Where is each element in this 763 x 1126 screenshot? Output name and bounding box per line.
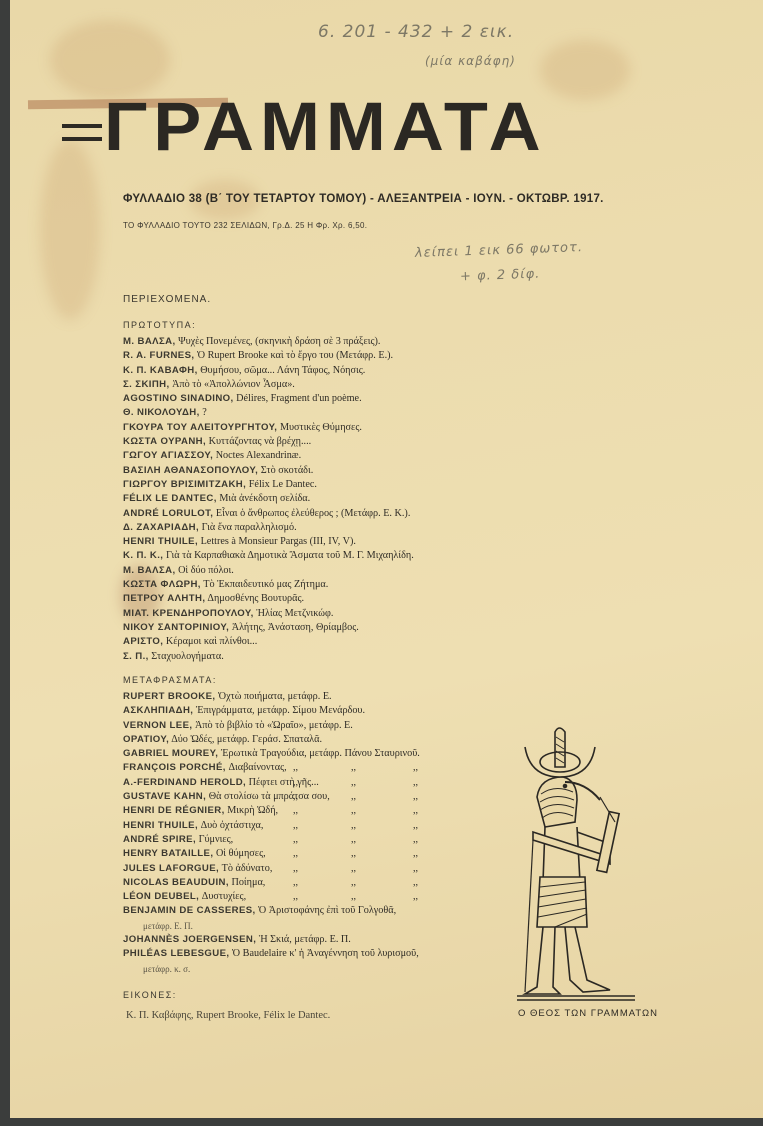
- entry-title: Ἀλήτης, Ἀνάσταση, Θρίαμβος.: [229, 622, 359, 633]
- contents-entry: HENRI THUILE, Lettres à Monsieur Pargas …: [123, 535, 414, 549]
- contents-entry: FRANÇOIS PORCHÉ, Διαβαίνοντας,,,,,,,: [123, 761, 420, 775]
- contents-entry: ΒΑΣΙΛΗ ΑΘΑΝΑΣΟΠΟΥΛΟΥ, Στὸ σκοτάδι.: [123, 464, 414, 478]
- entry-title: Ἠλίας Μετζνικώφ.: [254, 608, 334, 619]
- handwritten-note-right-1: λείπει 1 εικ 66 φωτοτ.: [415, 240, 583, 261]
- illustrations-text: Κ. Π. Καβάφης, Rupert Brooke, Félix le D…: [126, 1010, 330, 1021]
- entry-title: Δημοσθένης Βουτυρᾶς.: [205, 593, 304, 604]
- entry-title: Γιὰ τὰ Καρπαθιακὰ Δημοτικὰ Ἄσματα τοῦ Μ.…: [163, 550, 413, 561]
- contents-entry: A.-FERDINAND HEROLD, Πέφτει στὴ γῆς...,,…: [123, 776, 420, 790]
- contents-entry: AGOSTINO SINADINO, Délires, Fragment d'u…: [123, 392, 414, 406]
- contents-entry: Δ. ΖΑΧΑΡΙΑΔΗ, Γιὰ ἕνα παραλληλισμό.: [123, 521, 414, 535]
- entry-author: ΝΙΚΟΥ ΣΑΝΤΟΡΙΝΙΟΥ,: [123, 622, 229, 633]
- handwritten-note-right-2: + φ. 2 δίφ.: [460, 267, 541, 285]
- contents-entry: ΚΩΣΤΑ ΦΛΩΡΗ, Τὸ Ἐκπαιδευτικό μας Ζήτημα.: [123, 578, 414, 592]
- entry-author: HENRI DE RÉGNIER,: [123, 805, 225, 816]
- translations-heading: ΜΕΤΑΦΡΑΣΜΑΤΑ:: [123, 675, 217, 685]
- contents-entry: ΑΣΚΛΗΠΙΑΔΗ, Ἐπιγράμματα, μετάφρ. Σίμου Μ…: [123, 704, 420, 718]
- contents-entry: PHILÉAS LEBESGUE, Ὁ Baudelaire κ' ἡ Ἀναγ…: [123, 947, 420, 961]
- paper-stain: [40, 140, 100, 320]
- contents-entry: Κ. Π. Κ., Γιὰ τὰ Καρπαθιακὰ Δημοτικὰ Ἄσμ…: [123, 549, 414, 563]
- contents-entry: JULES LAFORGUE, Τὸ ἀδύνατο,,,,,,,: [123, 862, 420, 876]
- contents-entry: NICOLAS BEAUDUIN, Ποίημα,,,,,,,: [123, 876, 420, 890]
- entry-author: R. A. FURNES,: [123, 350, 194, 361]
- entry-author: Σ. ΣΚΙΠΗ,: [123, 379, 170, 390]
- entry-title: ?: [200, 407, 207, 418]
- entry-title: Τὸ ἀδύνατο,: [219, 863, 272, 874]
- entry-author: ΠΕΤΡΟΥ ΑΛΗΤΗ,: [123, 593, 205, 604]
- contents-entry: ΝΙΚΟΥ ΣΑΝΤΟΡΙΝΙΟΥ, Ἀλήτης, Ἀνάσταση, Θρί…: [123, 621, 414, 635]
- entry-title: Noctes Alexandrinæ.: [213, 450, 301, 461]
- entry-author: ΒΑΣΙΛΗ ΑΘΑΝΑΣΟΠΟΥΛΟΥ,: [123, 465, 258, 476]
- entry-title: Μικρὴ Ὠδή,: [225, 805, 278, 816]
- contents-entry: Κ. Π. ΚΑΒΑΦΗ, Θυμήσου, σῶμα... Λάνη Τάφο…: [123, 364, 414, 378]
- contents-entry: ΠΕΤΡΟΥ ΑΛΗΤΗ, Δημοσθένης Βουτυρᾶς.: [123, 592, 414, 606]
- entry-title: Οἱ θύμησες,: [213, 848, 265, 859]
- contents-entry: ΓΙΩΡΓΟΥ ΒΡΙΣΙΜΙΤΖΑΚΗ, Félix Le Dantec.: [123, 478, 414, 492]
- entry-continuation: μετάφρ. Ε. Π.: [123, 919, 420, 933]
- handwritten-note-top: 6. 201 - 432 + 2 εικ.: [318, 22, 514, 42]
- entry-author: ΟΡΑΤΙΟΥ,: [123, 734, 169, 745]
- entry-author: ΓΚΟΥΡΑ ΤΟΥ ΑΛΕΙΤΟΥΡΓΗΤΟΥ,: [123, 422, 277, 433]
- entry-author: PHILÉAS LEBESGUE,: [123, 948, 230, 959]
- entry-author: BENJAMIN DE CASSERES,: [123, 905, 256, 916]
- entry-title: Γύμνιες,: [196, 834, 233, 845]
- masthead: ΓΡΑΜΜΑΤΑ: [62, 92, 547, 162]
- originals-list: Μ. ΒΑΛΣΑ, Ψυχὲς Πονεμένες, (σκηνικὴ δράσ…: [123, 335, 414, 664]
- contents-entry: JOHANNÈS JOERGENSEN, Ἡ Σκιά, μετάφρ. Ε. …: [123, 933, 420, 947]
- contents-entry: HENRY BATAILLE, Οἱ θύμησες,,,,,,,: [123, 847, 420, 861]
- entry-author: ANDRÉ LORULOT,: [123, 508, 213, 519]
- entry-title: Ἀπὸ τὸ βιβλίο τὸ «Ὡραῖο», μετάφρ. Ε.: [192, 720, 352, 731]
- contents-entry: HENRI THUILE, Δυὸ ὀχτάστιχα,,,,,,,: [123, 819, 420, 833]
- entry-author: AGOSTINO SINADINO,: [123, 393, 234, 404]
- figure-caption: Ο ΘΕΟΣ ΤΩΝ ΓΡΑΜΜΑΤΩΝ: [518, 1008, 658, 1019]
- masthead-title: ΓΡΑΜΜΑΤΑ: [104, 93, 547, 161]
- entry-title: Κέραμοι καὶ πλίνθοι...: [163, 636, 257, 647]
- thoth-ibis-god-illustration-icon: [515, 722, 665, 1007]
- masthead-bars-ornament: [62, 124, 102, 141]
- entry-title: Ψυχὲς Πονεμένες, (σκηνικὴ δράση σὲ 3 πρά…: [176, 336, 381, 347]
- entry-author: JOHANNÈS JOERGENSEN,: [123, 934, 256, 945]
- originals-heading: ΠΡΩΤΟΤΥΠΑ:: [123, 320, 196, 330]
- issue-line: ΦΥΛΛΑΔΙΟ 38 (Β΄ ΤΟΥ ΤΕΤΑΡΤΟΥ ΤΟΜΟΥ) - ΑΛ…: [123, 193, 604, 205]
- entry-title: Lettres à Monsieur Pargas (III, IV, V).: [198, 536, 356, 547]
- contents-entry: Σ. Π., Σταχυολογήματα.: [123, 650, 414, 664]
- contents-entry: Σ. ΣΚΙΠΗ, Ἀπὸ τὸ «Ἀπολλώνιον Ἆσμα».: [123, 378, 414, 392]
- contents-entry: VERNON LEE, Ἀπὸ τὸ βιβλίο τὸ «Ὡραῖο», με…: [123, 719, 420, 733]
- entry-author: Μ. ΒΑΛΣΑ,: [123, 336, 176, 347]
- entry-title: Ἐρωτικὰ Τραγούδια, μετάφρ. Πάνου Σταυριν…: [218, 748, 419, 759]
- contents-entry: ΜΙΑΤ. ΚΡΕΝΔΗΡΟΠΟΥΛΟΥ, Ἠλίας Μετζνικώφ.: [123, 607, 414, 621]
- entry-author: FÉLIX LE DANTEC,: [123, 493, 217, 504]
- entry-title: Délires, Fragment d'un poème.: [234, 393, 362, 404]
- contents-entry: ANDRÉ LORULOT, Εἶναι ὁ ἄνθρωπος ἐλεύθερο…: [123, 507, 414, 521]
- paper-stain: [540, 40, 630, 100]
- entry-title: Ὀχτὼ ποιήματα, μετάφρ. Ε.: [215, 691, 331, 702]
- entry-author: FRANÇOIS PORCHÉ,: [123, 762, 226, 773]
- contents-entry: GUSTAVE KAHN, Θὰ στολίσω τὰ μπράτσα σου,…: [123, 790, 420, 804]
- contents-entry: ΓΚΟΥΡΑ ΤΟΥ ΑΛΕΙΤΟΥΡΓΗΤΟΥ, Μυστικὲς Θύμησ…: [123, 421, 414, 435]
- entry-title: Ὁ Ἀριστοφάνης ἐπὶ τοῦ Γολγοθᾶ,: [256, 905, 397, 916]
- entry-author: Κ. Π. ΚΑΒΑΦΗ,: [123, 365, 198, 376]
- entry-author: A.-FERDINAND HEROLD,: [123, 777, 246, 788]
- entry-author: ΓΙΩΡΓΟΥ ΒΡΙΣΙΜΙΤΖΑΚΗ,: [123, 479, 246, 490]
- entry-title: Θὰ στολίσω τὰ μπράτσα σου,: [206, 791, 330, 802]
- entry-author: GABRIEL MOUREY,: [123, 748, 218, 759]
- contents-entry: ΓΩΓΟΥ ΑΓΙΑΣΣΟΥ, Noctes Alexandrinæ.: [123, 449, 414, 463]
- entry-title: Μυστικὲς Θύμησες.: [277, 422, 362, 433]
- translations-list: RUPERT BROOKE, Ὀχτὼ ποιήματα, μετάφρ. Ε.…: [123, 690, 420, 976]
- entry-author: NICOLAS BEAUDUIN,: [123, 877, 229, 888]
- contents-entry: BENJAMIN DE CASSERES, Ὁ Ἀριστοφάνης ἐπὶ …: [123, 904, 420, 918]
- contents-entry: ΟΡΑΤΙΟΥ, Δύο Ὠδές, μετάφρ. Γεράσ. Σπαταλ…: [123, 733, 420, 747]
- entry-title: Γιὰ ἕνα παραλληλισμό.: [199, 522, 297, 533]
- entry-author: HENRI THUILE,: [123, 536, 198, 547]
- entry-title: Εἶναι ὁ ἄνθρωπος ἐλεύθερος ; (Μετάφρ. Ε.…: [213, 508, 410, 519]
- entry-title: Διαβαίνοντας,: [226, 762, 287, 773]
- contents-entry: Θ. ΝΙΚΟΛΟΥΔΗ, ?: [123, 406, 414, 420]
- entry-title: Δύο Ὠδές, μετάφρ. Γεράσ. Σπαταλᾶ.: [169, 734, 322, 745]
- entry-title: Félix Le Dantec.: [246, 479, 317, 490]
- entry-author: HENRY BATAILLE,: [123, 848, 213, 859]
- contents-entry: Μ. ΒΑΛΣΑ, Οἱ δύο πόλοι.: [123, 564, 414, 578]
- contents-entry: RUPERT BROOKE, Ὀχτὼ ποιήματα, μετάφρ. Ε.: [123, 690, 420, 704]
- contents-entry: FÉLIX LE DANTEC, Μιὰ ἀνέκδοτη σελίδα.: [123, 492, 414, 506]
- entry-author: Κ. Π. Κ.,: [123, 550, 163, 561]
- entry-title: Πέφτει στὴ γῆς...: [246, 777, 319, 788]
- contents-entry: R. A. FURNES, Ὁ Rupert Brooke καὶ τὸ ἔργ…: [123, 349, 414, 363]
- entry-title: Μιὰ ἀνέκδοτη σελίδα.: [217, 493, 310, 504]
- entry-author: HENRI THUILE,: [123, 820, 198, 831]
- entry-author: Δ. ΖΑΧΑΡΙΑΔΗ,: [123, 522, 199, 533]
- entry-author: ΜΙΑΤ. ΚΡΕΝΔΗΡΟΠΟΥΛΟΥ,: [123, 608, 254, 619]
- entry-title: Κυττάζοντας νὰ βρέχῃ....: [206, 436, 311, 447]
- entry-author: JULES LAFORGUE,: [123, 863, 219, 874]
- entry-author: LÉON DEUBEL,: [123, 891, 199, 902]
- entry-title: Στὸ σκοτάδι.: [258, 465, 313, 476]
- entry-continuation: μετάφρ. κ. σ.: [123, 962, 420, 976]
- entry-title: Οἱ δύο πόλοι.: [176, 565, 234, 576]
- entry-author: VERNON LEE,: [123, 720, 192, 731]
- entry-author: ΚΩΣΤΑ ΦΛΩΡΗ,: [123, 579, 201, 590]
- entry-author: RUPERT BROOKE,: [123, 691, 215, 702]
- entry-title: Θυμήσου, σῶμα... Λάνη Τάφος, Νόησις.: [198, 365, 366, 376]
- contents-entry: LÉON DEUBEL, Δυστυχίες,,,,,,,: [123, 890, 420, 904]
- entry-author: ΚΩΣΤΑ ΟΥΡΑΝΗ,: [123, 436, 206, 447]
- contents-entry: ANDRÉ SPIRE, Γύμνιες,,,,,,,: [123, 833, 420, 847]
- entry-author: Θ. ΝΙΚΟΛΟΥΔΗ,: [123, 407, 200, 418]
- entry-title: Ἡ Σκιά, μετάφρ. Ε. Π.: [256, 934, 351, 945]
- illustrations-heading: ΕΙΚΟΝΕΣ:: [123, 990, 177, 1000]
- entry-title: Σταχυολογήματα.: [149, 651, 224, 662]
- handwritten-note-paren: (μία καβάφη): [425, 54, 516, 68]
- price-line: ΤΟ ΦΥΛΛΑΔΙΟ ΤΟΥΤΟ 232 ΣΕΛΙΔΩΝ, Γρ.Δ. 25 …: [123, 221, 367, 230]
- entry-title: Ὁ Baudelaire κ' ἡ Ἀναγέννηση τοῦ λυρισμο…: [230, 948, 419, 959]
- entry-title: Τὸ Ἐκπαιδευτικό μας Ζήτημα.: [201, 579, 328, 590]
- contents-entry: HENRI DE RÉGNIER, Μικρὴ Ὠδή,,,,,,,: [123, 804, 420, 818]
- magazine-cover: 6. 201 - 432 + 2 εικ. (μία καβάφη) λείπε…: [10, 0, 763, 1118]
- entry-author: Σ. Π.,: [123, 651, 149, 662]
- entry-author: ΑΡΙΣΤΟ,: [123, 636, 163, 647]
- entry-author: ΑΣΚΛΗΠΙΑΔΗ,: [123, 705, 193, 716]
- contents-entry: ΚΩΣΤΑ ΟΥΡΑΝΗ, Κυττάζοντας νὰ βρέχῃ....: [123, 435, 414, 449]
- entry-author: ΓΩΓΟΥ ΑΓΙΑΣΣΟΥ,: [123, 450, 213, 461]
- entry-title: Ποίημα,: [229, 877, 265, 888]
- contents-entry: ΑΡΙΣΤΟ, Κέραμοι καὶ πλίνθοι...: [123, 635, 414, 649]
- entry-author: GUSTAVE KAHN,: [123, 791, 206, 802]
- contents-entry: GABRIEL MOUREY, Ἐρωτικὰ Τραγούδια, μετάφ…: [123, 747, 420, 761]
- contents-heading: ΠΕΡΙΕΧΟΜΕΝΑ.: [123, 294, 211, 305]
- entry-title: Δυὸ ὀχτάστιχα,: [198, 820, 263, 831]
- entry-title: Ἀπὸ τὸ «Ἀπολλώνιον Ἆσμα».: [170, 379, 295, 390]
- paper-stain: [50, 20, 170, 100]
- entry-author: Μ. ΒΑΛΣΑ,: [123, 565, 176, 576]
- entry-title: Ἐπιγράμματα, μετάφρ. Σίμου Μενάρδου.: [193, 705, 365, 716]
- contents-entry: Μ. ΒΑΛΣΑ, Ψυχὲς Πονεμένες, (σκηνικὴ δράσ…: [123, 335, 414, 349]
- entry-author: ANDRÉ SPIRE,: [123, 834, 196, 845]
- entry-title: Ὁ Rupert Brooke καὶ τὸ ἔργο του (Μετάφρ.…: [194, 350, 393, 361]
- entry-title: Δυστυχίες,: [199, 891, 246, 902]
